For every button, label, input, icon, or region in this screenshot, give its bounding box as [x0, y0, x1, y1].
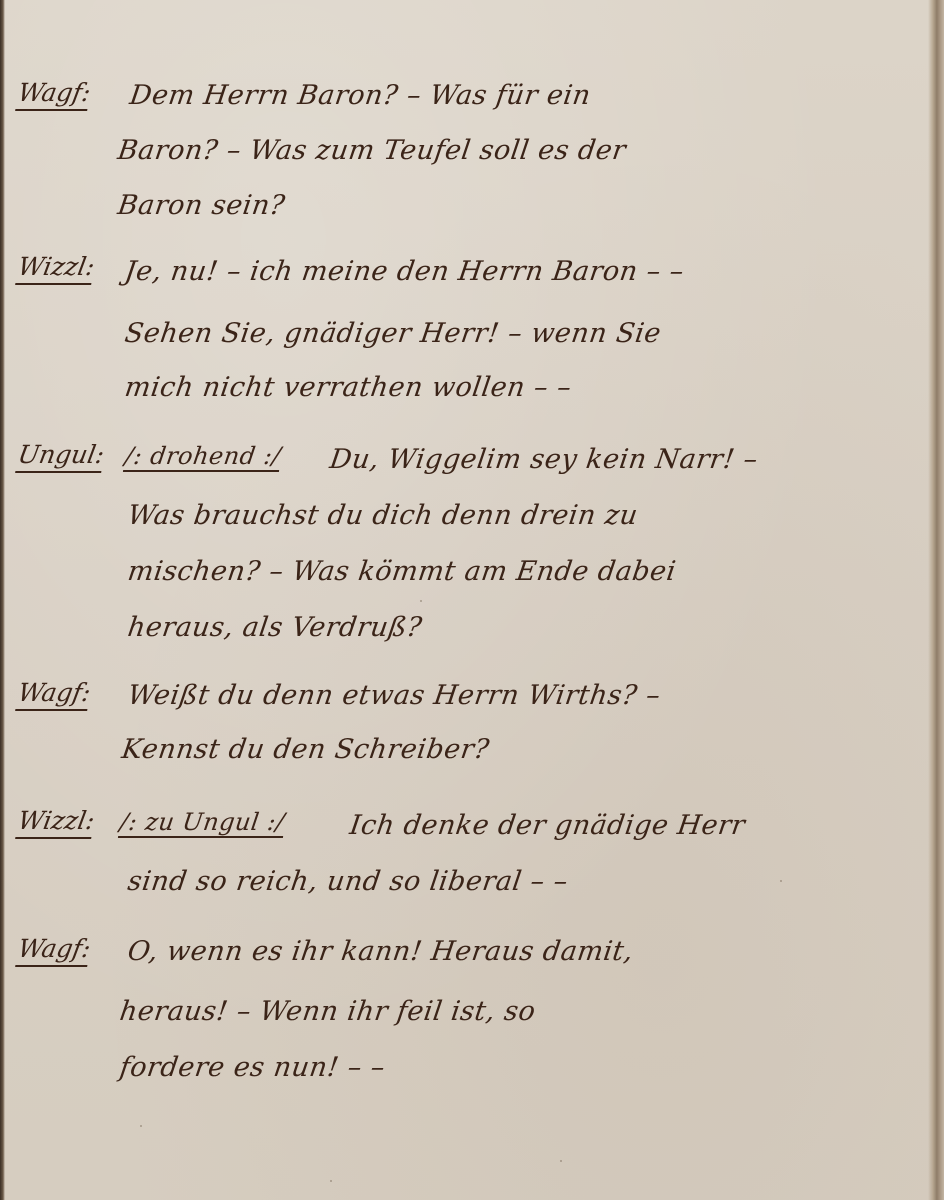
dialogue-line: Je, nu! – ich meine den Herrn Baron – – [123, 256, 686, 287]
paper-fleck [560, 1160, 562, 1162]
speaker-label: Wizzl: [15, 252, 97, 285]
dialogue-line: Kennst du den Schreiber? [120, 734, 492, 765]
dialogue-line: O, wenn es ihr kann! Heraus damit, [126, 936, 636, 967]
paper-fleck [140, 1125, 142, 1127]
dialogue-line: Baron? – Was zum Teufel soll es der [116, 135, 628, 166]
dialogue-line: mischen? – Was kömmt am Ende dabei [126, 556, 678, 587]
dialogue-line: Sehen Sie, gnädiger Herr! – wenn Sie [123, 318, 663, 349]
speaker-label: Wagf: [15, 934, 93, 967]
speaker-label: Ungul: [15, 440, 107, 473]
manuscript-page: Wagf: Dem Herrn Baron? – Was für ein Bar… [0, 0, 944, 1200]
dialogue-line: heraus, als Verdruß? [126, 612, 424, 643]
dialogue-line: mich nicht verrathen wollen – – [123, 372, 574, 403]
stage-direction: /: zu Ungul :/ [118, 808, 287, 838]
speaker-label: Wizzl: [15, 806, 97, 839]
speaker-label: Wagf: [15, 678, 93, 711]
page-left-edge [0, 0, 5, 1200]
page-right-edge [928, 0, 944, 1200]
stage-direction: /: drohend :/ [123, 442, 283, 472]
dialogue-line: Baron sein? [116, 190, 287, 221]
dialogue-line: sind so reich, und so liberal – – [126, 866, 570, 897]
dialogue-line: Dem Herrn Baron? – Was für ein [128, 80, 593, 111]
dialogue-line: fordere es nun! – – [118, 1052, 387, 1083]
dialogue-line: Weißt du denn etwas Herrn Wirths? – [126, 680, 663, 711]
speaker-label: Wagf: [15, 78, 93, 111]
paper-fleck [420, 600, 422, 602]
dialogue-line: Was brauchst du dich denn drein zu [126, 500, 640, 531]
paper-fleck [780, 880, 782, 882]
paper-fleck [330, 1180, 332, 1182]
dialogue-line: Du, Wiggelim sey kein Narr! – [328, 444, 760, 475]
dialogue-line: Ich denke der gnädige Herr [348, 810, 747, 841]
dialogue-line: heraus! – Wenn ihr feil ist, so [118, 996, 538, 1027]
